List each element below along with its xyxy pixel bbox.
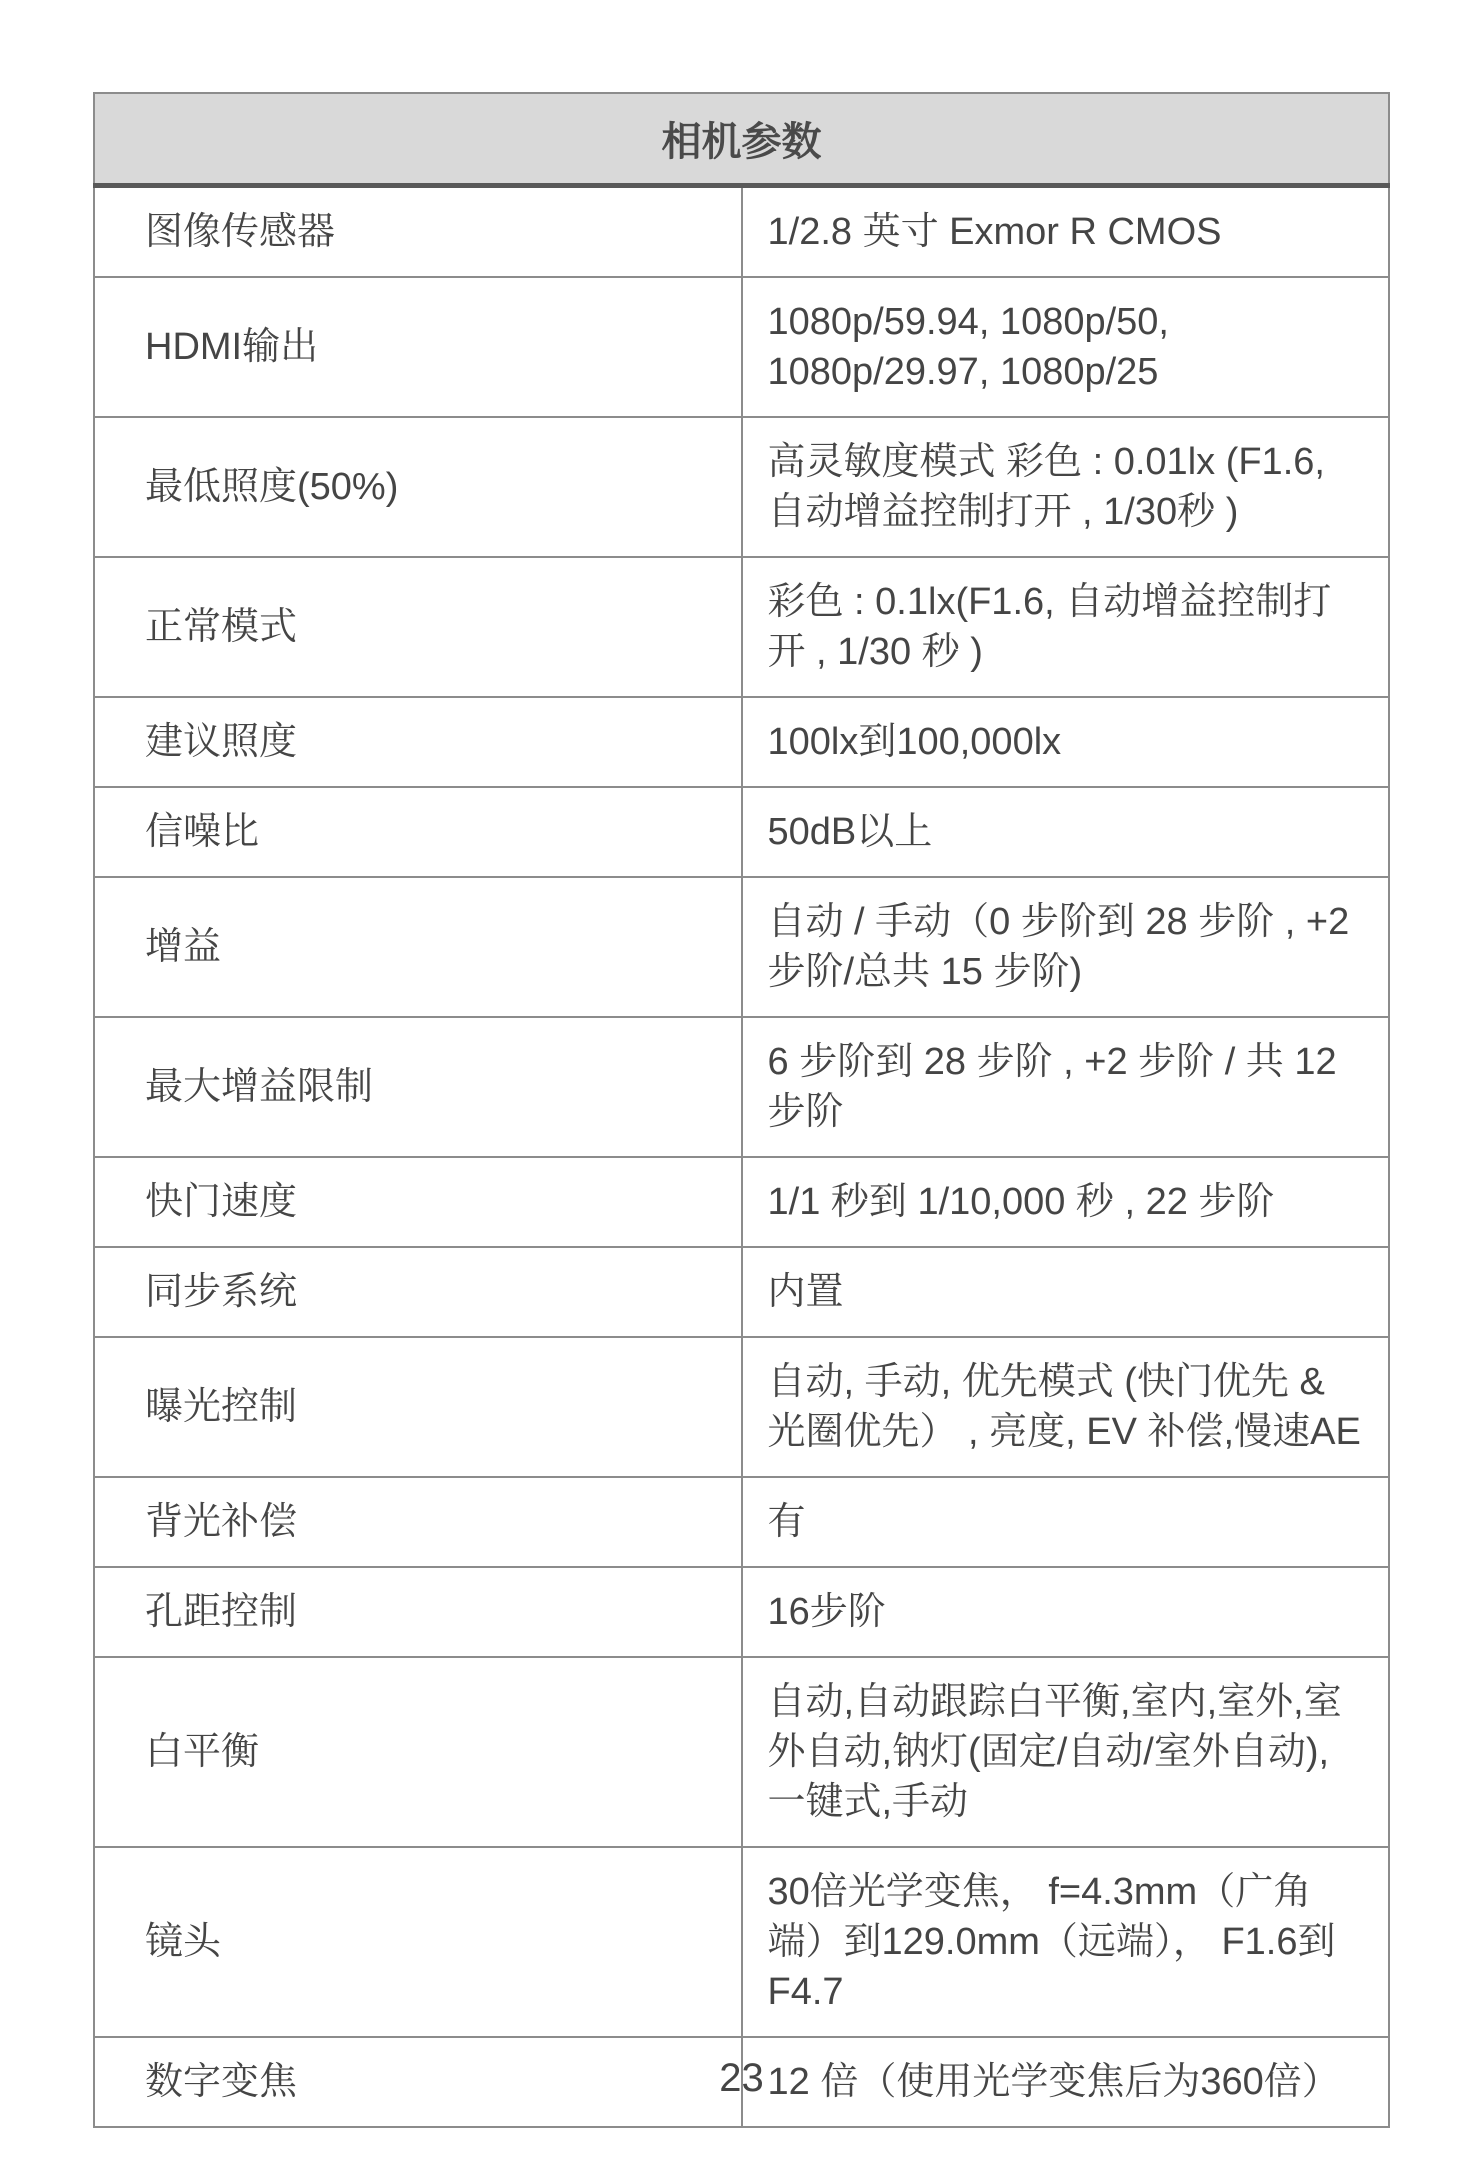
spec-value-white-balance: 自动,自动跟踪白平衡,室内,室外,室外自动,钠灯(固定/自动/室外自动),一键式… <box>742 1657 1390 1847</box>
spec-label-white-balance: 白平衡 <box>94 1657 742 1847</box>
spec-label-exposure-control: 曝光控制 <box>94 1337 742 1477</box>
table-row: 快门速度 1/1 秒到 1/10,000 秒 , 22 步阶 <box>94 1157 1389 1247</box>
page-number: 23 <box>0 2056 1483 2101</box>
table-row: 建议照度 100lx到100,000lx <box>94 697 1389 787</box>
spec-value-exposure-control: 自动, 手动, 优先模式 (快门优先 & 光圈优先） , 亮度, EV 补偿,慢… <box>742 1337 1390 1477</box>
table-title-row: 相机参数 <box>94 93 1389 186</box>
spec-label-iris-control: 孔距控制 <box>94 1567 742 1657</box>
spec-label-image-sensor: 图像传感器 <box>94 186 742 278</box>
spec-label-max-gain-limit: 最大增益限制 <box>94 1017 742 1157</box>
table-row: 图像传感器 1/2.8 英寸 Exmor R CMOS <box>94 186 1389 278</box>
spec-value-hdmi-output: 1080p/59.94, 1080p/50, 1080p/29.97, 1080… <box>742 277 1390 417</box>
table-row: HDMI输出 1080p/59.94, 1080p/50, 1080p/29.9… <box>94 277 1389 417</box>
spec-value-lens: 30倍光学变焦， f=4.3mm（广角端）到129.0mm（远端）， F1.6到… <box>742 1847 1390 2037</box>
spec-value-gain: 自动 / 手动（0 步阶到 28 步阶 , +2 步阶/总共 15 步阶) <box>742 877 1390 1017</box>
table-row: 白平衡 自动,自动跟踪白平衡,室内,室外,室外自动,钠灯(固定/自动/室外自动)… <box>94 1657 1389 1847</box>
spec-label-backlight-compensation: 背光补偿 <box>94 1477 742 1567</box>
spec-value-shutter-speed: 1/1 秒到 1/10,000 秒 , 22 步阶 <box>742 1157 1390 1247</box>
spec-label-gain: 增益 <box>94 877 742 1017</box>
spec-label-hdmi-output: HDMI输出 <box>94 277 742 417</box>
spec-label-sync-system: 同步系统 <box>94 1247 742 1337</box>
table-row: 同步系统 内置 <box>94 1247 1389 1337</box>
spec-label-normal-mode: 正常模式 <box>94 557 742 697</box>
table-row: 增益 自动 / 手动（0 步阶到 28 步阶 , +2 步阶/总共 15 步阶) <box>94 877 1389 1017</box>
spec-value-max-gain-limit: 6 步阶到 28 步阶 , +2 步阶 / 共 12 步阶 <box>742 1017 1390 1157</box>
table-row: 信噪比 50dB以上 <box>94 787 1389 877</box>
spec-value-backlight-compensation: 有 <box>742 1477 1390 1567</box>
table-row: 最低照度(50%) 高灵敏度模式 彩色 : 0.01lx (F1.6, 自动增益… <box>94 417 1389 557</box>
camera-spec-table: 相机参数 图像传感器 1/2.8 英寸 Exmor R CMOS HDMI输出 … <box>93 92 1390 2128</box>
table-row: 正常模式 彩色 : 0.1lx(F1.6, 自动增益控制打开 , 1/30 秒 … <box>94 557 1389 697</box>
spec-value-min-illumination: 高灵敏度模式 彩色 : 0.01lx (F1.6, 自动增益控制打开 , 1/3… <box>742 417 1390 557</box>
spec-value-iris-control: 16步阶 <box>742 1567 1390 1657</box>
spec-label-shutter-speed: 快门速度 <box>94 1157 742 1247</box>
table-row: 镜头 30倍光学变焦， f=4.3mm（广角端）到129.0mm（远端）， F1… <box>94 1847 1389 2037</box>
spec-value-image-sensor: 1/2.8 英寸 Exmor R CMOS <box>742 186 1390 278</box>
table-row: 背光补偿 有 <box>94 1477 1389 1567</box>
spec-label-snr: 信噪比 <box>94 787 742 877</box>
table-row: 曝光控制 自动, 手动, 优先模式 (快门优先 & 光圈优先） , 亮度, EV… <box>94 1337 1389 1477</box>
spec-label-min-illumination: 最低照度(50%) <box>94 417 742 557</box>
spec-value-sync-system: 内置 <box>742 1247 1390 1337</box>
spec-value-normal-mode: 彩色 : 0.1lx(F1.6, 自动增益控制打开 , 1/30 秒 ) <box>742 557 1390 697</box>
spec-value-recommended-illumination: 100lx到100,000lx <box>742 697 1390 787</box>
spec-label-recommended-illumination: 建议照度 <box>94 697 742 787</box>
table-row: 孔距控制 16步阶 <box>94 1567 1389 1657</box>
table-row: 最大增益限制 6 步阶到 28 步阶 , +2 步阶 / 共 12 步阶 <box>94 1017 1389 1157</box>
spec-value-snr: 50dB以上 <box>742 787 1390 877</box>
spec-label-lens: 镜头 <box>94 1847 742 2037</box>
table-title: 相机参数 <box>94 93 1389 186</box>
